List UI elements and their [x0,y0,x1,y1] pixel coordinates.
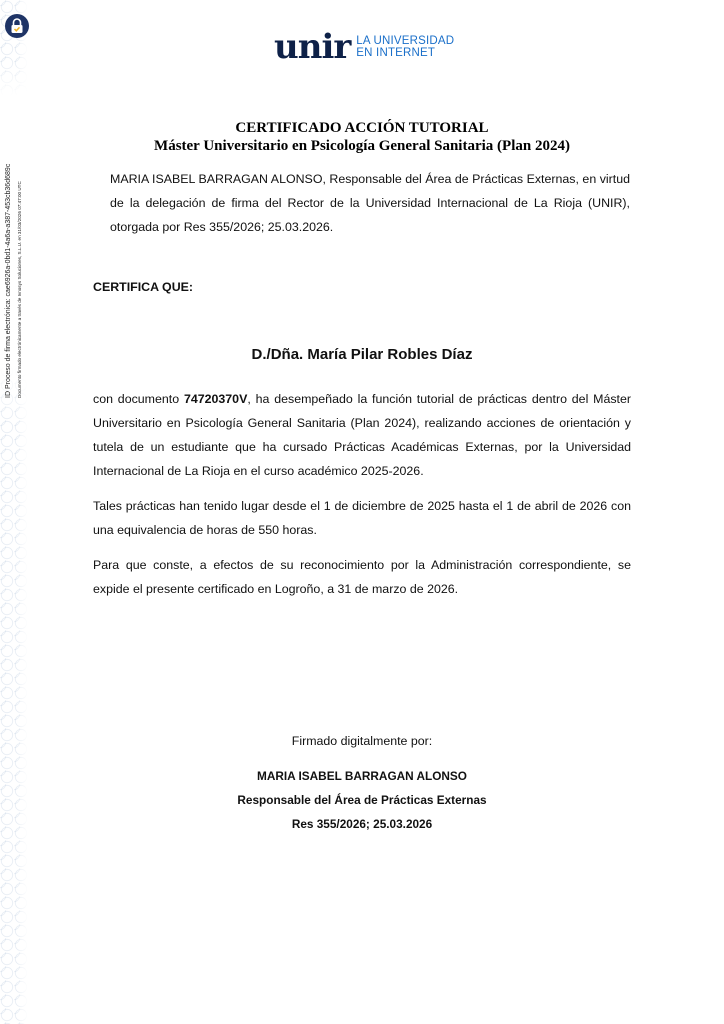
dates-paragraph: Tales prácticas han tenido lugar desde e… [93,494,631,542]
logo-tagline: LA UNIVERSIDAD EN INTERNET [356,35,454,59]
logo-tagline-line-2: EN INTERNET [356,47,454,59]
padlock-check-icon[interactable] [5,14,29,38]
logo-word: unir [274,30,350,64]
document-title: CERTIFICADO ACCIÓN TUTORIAL [0,120,724,137]
signature-note: Documento firmado electrónicamente a tra… [17,181,22,398]
logo-tagline-line-1: LA UNIVERSIDAD [356,35,454,47]
signer-name: MARIA ISABEL BARRAGAN ALONSO [0,769,724,783]
conste-paragraph: Para que conste, a efectos de su reconoc… [93,553,631,601]
unir-logo: unir LA UNIVERSIDAD EN INTERNET [274,30,454,64]
body-paragraph: con documento 74720370V, ha desempeñado … [93,387,631,483]
body-prefix: con documento [93,392,184,406]
intro-paragraph: MARIA ISABEL BARRAGAN ALONSO, Responsabl… [110,167,630,239]
certifies-label: CERTIFICA QUE: [93,280,193,294]
document-subtitle: Máster Universitario en Psicología Gener… [0,138,724,155]
signer-resolution: Res 355/2026; 25.03.2026 [0,817,724,831]
signature-label: Firmado digitalmente por: [0,734,724,748]
recipient-name: D./Dña. María Pilar Robles Díaz [0,346,724,363]
signer-role: Responsable del Área de Prácticas Extern… [0,793,724,807]
document-number: 74720370V [184,392,247,406]
